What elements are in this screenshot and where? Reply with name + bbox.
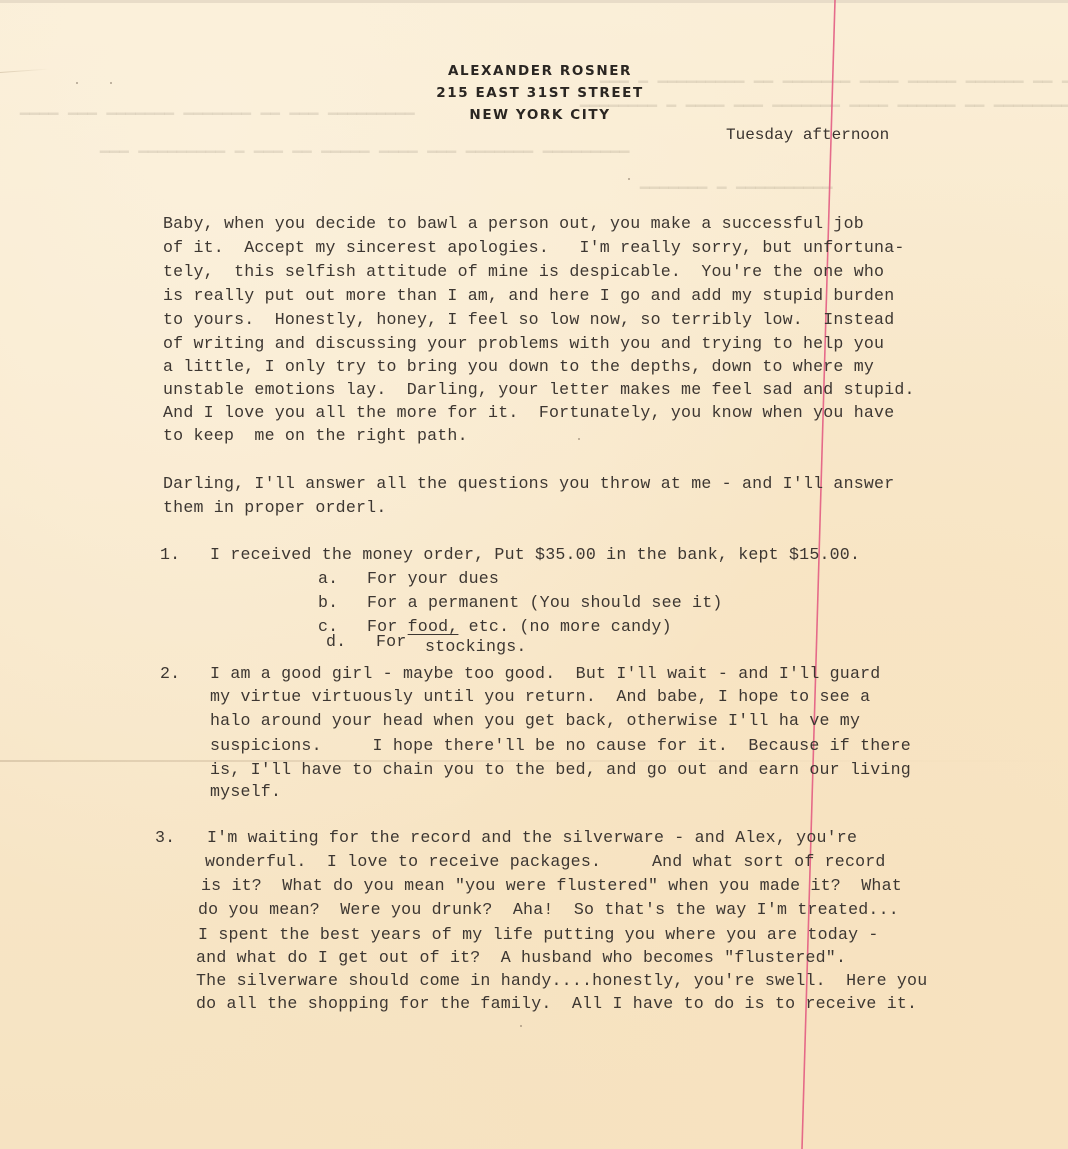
subitem-text: For a permanent (You should see it) xyxy=(367,593,723,613)
text-line: is, I'll have to chain you to the bed, a… xyxy=(210,760,911,780)
subitem-text: stockings. xyxy=(425,637,527,657)
text-line: do you mean? Were you drunk? Aha! So tha… xyxy=(198,900,899,920)
ink-speck xyxy=(76,82,78,84)
bleed-through-text: ▁▁▁▁▁▁▁▁▁ ▁▁▁ ▁▁ ▁▁▁▁▁▁▁ ▁▁▁▁▁▁▁ ▁▁▁ ▁▁▁… xyxy=(20,96,415,116)
letterhead-street: 215 EAST 31ST STREET xyxy=(380,82,700,104)
subitem-text: For your dues xyxy=(367,569,499,589)
text-line: to yours. Honestly, honey, I feel so low… xyxy=(163,310,894,330)
bleed-through-text: ▁▁▁▁▁▁▁▁▁ ▁▁▁▁▁▁▁ ▁▁▁ ▁▁▁▁ ▁▁▁▁▁ ▁▁ ▁▁▁ … xyxy=(100,134,630,154)
subitem-letter: b. xyxy=(318,593,338,613)
letterhead-city: NEW YORK CITY xyxy=(380,104,700,126)
text-line: Darling, I'll answer all the questions y… xyxy=(163,474,894,494)
text-line: a little, I only try to bring you down t… xyxy=(163,357,874,377)
text-line: my virtue virtuously until you return. A… xyxy=(210,687,870,707)
paper-top-edge xyxy=(0,0,1068,3)
ink-speck xyxy=(578,438,580,440)
letterhead: ALEXANDER ROSNER 215 EAST 31ST STREET NE… xyxy=(380,60,700,126)
subitem-text-pre: For xyxy=(376,632,417,652)
bleed-through-text: ▁▁▁▁▁▁▁▁▁▁ ▁ ▁▁▁▁▁▁▁ xyxy=(640,170,833,190)
text-line: I spent the best years of my life puttin… xyxy=(198,925,879,945)
text-line: I am a good girl - maybe too good. But I… xyxy=(210,664,880,684)
subitem-text-post: etc. (no more candy) xyxy=(458,617,671,636)
text-line: tely, this selfish attitude of mine is d… xyxy=(163,262,884,282)
text-line: wonderful. I love to receive packages. A… xyxy=(205,852,886,872)
text-line: of it. Accept my sincerest apologies. I'… xyxy=(163,238,905,258)
ink-speck xyxy=(628,178,630,180)
corner-crease xyxy=(0,62,140,73)
letter-date: Tuesday afternoon xyxy=(726,126,889,144)
text-line: and what do I get out of it? A husband w… xyxy=(196,948,846,968)
text-line: suspicions. I hope there'll be no cause … xyxy=(210,736,911,756)
text-line: is really put out more than I am, and he… xyxy=(163,286,894,306)
text-line: do all the shopping for the family. All … xyxy=(196,994,917,1014)
item-number: 2. xyxy=(160,664,180,684)
text-line: to keep me on the right path. xyxy=(163,426,468,446)
text-line: And I love you all the more for it. Fort… xyxy=(163,403,894,423)
text-line: them in proper orderl. xyxy=(163,498,386,518)
subitem-letter: d. xyxy=(326,632,346,652)
text-line: halo around your head when you get back,… xyxy=(210,711,860,731)
ink-speck xyxy=(520,1025,522,1027)
text-line: I received the money order, Put $35.00 i… xyxy=(210,545,860,565)
ink-speck xyxy=(110,82,112,84)
item-number: 3. xyxy=(155,828,175,848)
item-number: 1. xyxy=(160,545,180,565)
text-line: myself. xyxy=(210,782,281,802)
text-line: Baby, when you decide to bawl a person o… xyxy=(163,214,864,234)
subitem-letter: a. xyxy=(318,569,338,589)
text-line: unstable emotions lay. Darling, your let… xyxy=(163,380,915,400)
text-line: The silverware should come in handy....h… xyxy=(196,971,927,991)
letterhead-name: ALEXANDER ROSNER xyxy=(380,60,700,82)
text-line: I'm waiting for the record and the silve… xyxy=(207,828,857,848)
text-line: is it? What do you mean "you were fluste… xyxy=(201,876,902,896)
letter-page: ▁▁▁ ▁▁ ▁▁▁▁▁▁ ▁▁▁▁▁ ▁▁▁▁ ▁▁▁▁▁▁▁ ▁▁ ▁▁▁▁… xyxy=(0,0,1068,1149)
text-line: of writing and discussing your problems … xyxy=(163,334,884,354)
